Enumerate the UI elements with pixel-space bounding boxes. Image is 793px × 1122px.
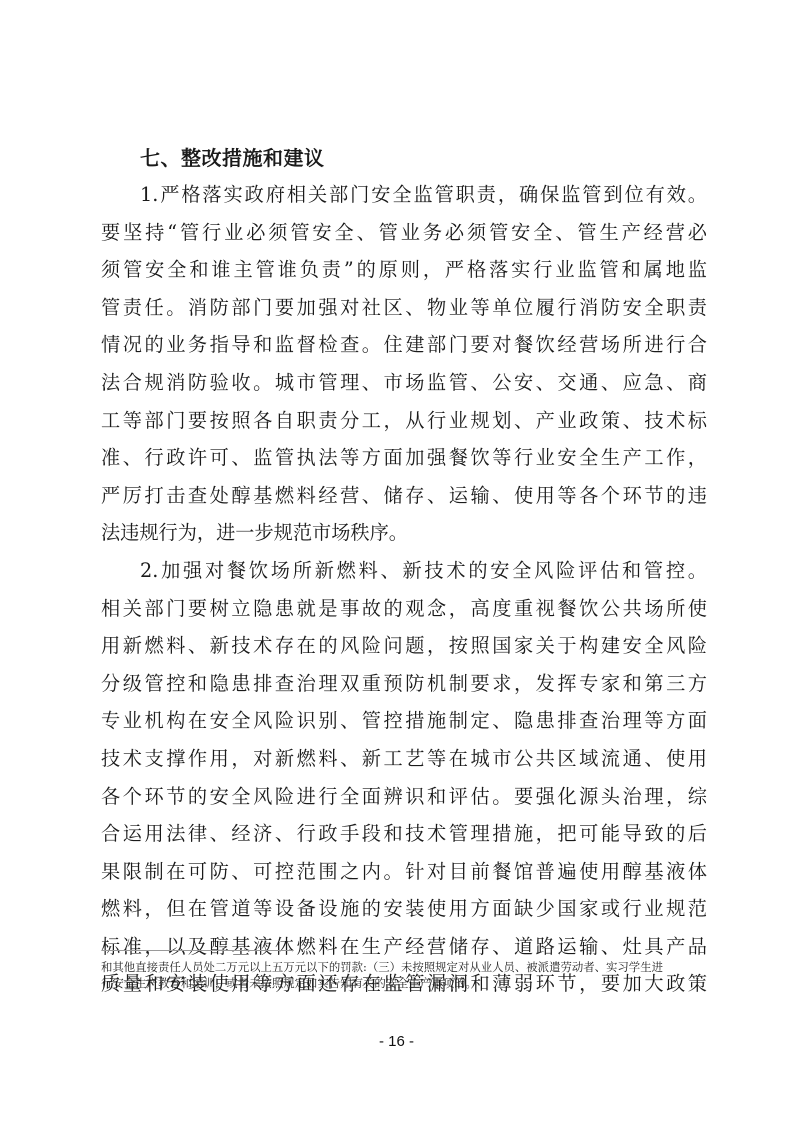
paragraph-line: 1.严格落实政府相关部门安全监管职责，确保监管到位有效。	[101, 176, 707, 214]
paragraph-line: 燃料，但在管道等设备设施的安装使用方面缺少国家或行业规范	[101, 890, 707, 928]
paragraph-line: 法违规行为，进一步规范市场秩序。	[101, 514, 707, 552]
paragraph-line: 分级管控和隐患排查治理双重预防机制要求，发挥专家和第三方	[101, 665, 707, 703]
section-heading: 七、整改措施和建议	[140, 144, 325, 172]
paragraph-line: 情况的业务指导和监督检查。住建部门要对餐饮经营场所进行合	[101, 326, 707, 364]
footnote-separator	[102, 950, 293, 951]
paragraph-1: 1.严格落实政府相关部门安全监管职责，确保监管到位有效。 要坚持“管行业必须管安…	[101, 176, 707, 552]
paragraph-2: 2.加强对餐饮场所新燃料、新技术的安全风险评估和管控。 相关部门要树立隐患就是事…	[101, 552, 707, 1003]
paragraph-line: 专业机构在安全风险识别、管控措施制定、隐患排查治理等方面	[101, 702, 707, 740]
footnote-line: 和其他直接责任人员处二万元以上五万元以下的罚款:（三）未按照规定对从业人员、被派…	[101, 959, 681, 975]
page-number: - 16 -	[0, 1033, 793, 1050]
paragraph-line: 各个环节的安全风险进行全面辨识和评估。要强化源头治理，综	[101, 778, 707, 816]
paragraph-line: 须管安全和谁主管谁负责”的原则，严格落实行业监管和属地监	[101, 251, 707, 289]
paragraph-line: 果限制在可防、可控范围之内。针对目前餐馆普遍使用醇基液体	[101, 853, 707, 891]
paragraph-line: 工等部门要按照各自职责分工，从行业规划、产业政策、技术标	[101, 402, 707, 440]
body-text: 1.严格落实政府相关部门安全监管职责，确保监管到位有效。 要坚持“管行业必须管安…	[101, 176, 707, 1003]
paragraph-line: 相关部门要树立隐患就是事故的观念，高度重视餐饮公共场所使	[101, 590, 707, 628]
paragraph-line: 管责任。消防部门要加强对社区、物业等单位履行消防安全职责	[101, 289, 707, 327]
paragraph-line: 合运用法律、经济、行政手段和技术管理措施，把可能导致的后	[101, 815, 707, 853]
footnote: 和其他直接责任人员处二万元以上五万元以下的罚款:（三）未按照规定对从业人员、被派…	[101, 959, 681, 991]
paragraph-line: 要坚持“管行业必须管安全、管业务必须管安全、管生产经营必	[101, 214, 707, 252]
footnote-line: 行安全生产教育和培训，或者未按照规定如实告知有关的安全生产事项的。	[101, 975, 681, 991]
paragraph-line: 严厉打击查处醇基燃料经营、储存、运输、使用等各个环节的违	[101, 477, 707, 515]
document-page: 七、整改措施和建议 1.严格落实政府相关部门安全监管职责，确保监管到位有效。 要…	[0, 0, 793, 1122]
paragraph-line: 准、行政许可、监管执法等方面加强餐饮等行业安全生产工作，	[101, 439, 707, 477]
paragraph-line: 用新燃料、新技术存在的风险问题，按照国家关于构建安全风险	[101, 627, 707, 665]
paragraph-line: 技术支撑作用，对新燃料、新工艺等在城市公共区域流通、使用	[101, 740, 707, 778]
paragraph-line: 法合规消防验收。城市管理、市场监管、公安、交通、应急、商	[101, 364, 707, 402]
paragraph-line: 2.加强对餐饮场所新燃料、新技术的安全风险评估和管控。	[101, 552, 707, 590]
